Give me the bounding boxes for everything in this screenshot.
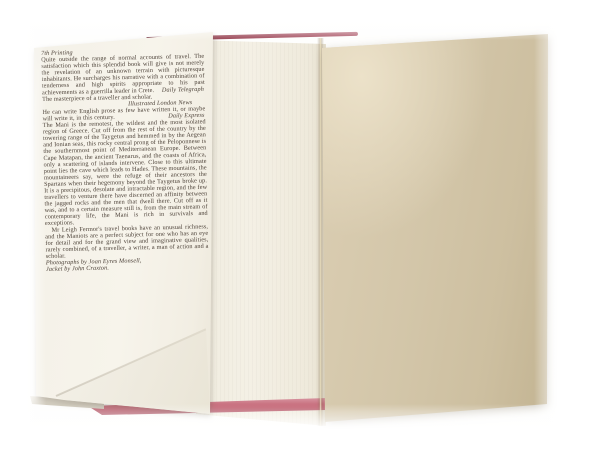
open-book-photo: 7th Printing Quite outside the range of … (0, 0, 600, 454)
flap-text-column: 7th Printing Quite outside the range of … (41, 46, 209, 272)
review-quote-1: Quite outside the range of normal accoun… (41, 53, 205, 96)
front-free-endpaper (320, 28, 552, 428)
blurb-paragraph-1: The Mani is the remotest, the wildest an… (43, 118, 208, 226)
blurb-paragraph-2: Mr Leigh Fermor's travel books have an u… (45, 223, 209, 259)
jacket-flap: 7th Printing Quite outside the range of … (30, 30, 214, 420)
pastedown-endpaper (196, 34, 326, 426)
quote-source: Daily Express (168, 112, 204, 119)
jacket-flap-shadow: 7th Printing Quite outside the range of … (30, 30, 214, 420)
credits: Photographs by Joan Eyres Monsell,Jacket… (46, 256, 209, 273)
endpaper-shadow (320, 28, 552, 428)
